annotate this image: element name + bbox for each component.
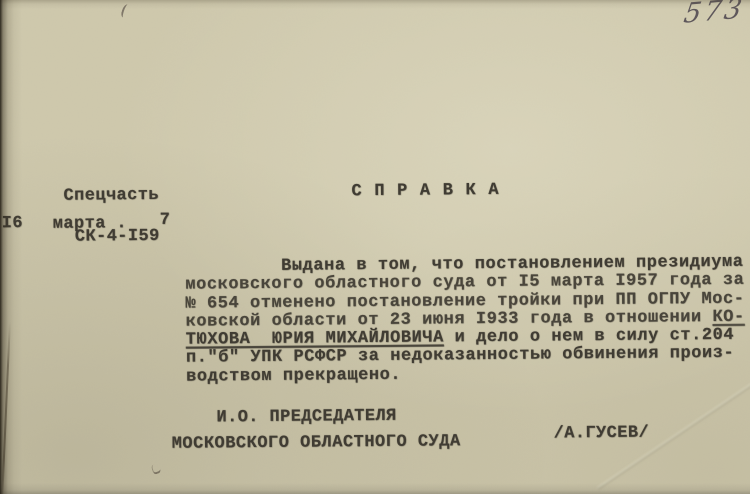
signature-name: /А.ГУСЕВ/ <box>554 424 650 444</box>
document-title: С П Р А В К А <box>351 181 499 201</box>
signature-title-line2: МОСКОВСКОГО ОБЛАСТНОГО СУДА <box>172 432 461 454</box>
stamp-date-day: I6 <box>2 214 23 233</box>
body-line: водством прекращено. <box>186 364 750 387</box>
signature-title-line1: И.О. ПРЕДСЕДАТЕЛЯ <box>216 407 396 428</box>
stamp-department: Спецчасть <box>63 186 159 206</box>
stamp-case-ref: СК-4-I59 <box>75 227 160 247</box>
body-text: водством прекращено. <box>186 366 401 387</box>
typewritten-content: Спецчасть I6 марта . 7 СК-4-I59 С П Р А … <box>0 0 750 494</box>
body-text-underlined: КО- <box>712 308 744 327</box>
scanned-document-page: 573 Спецчасть I6 марта . 7 СК-4-I59 С П … <box>0 0 750 494</box>
stamp-date-number: 7 <box>160 211 171 230</box>
body-paragraph: Выдана в том, что постановлением президи… <box>185 254 750 387</box>
